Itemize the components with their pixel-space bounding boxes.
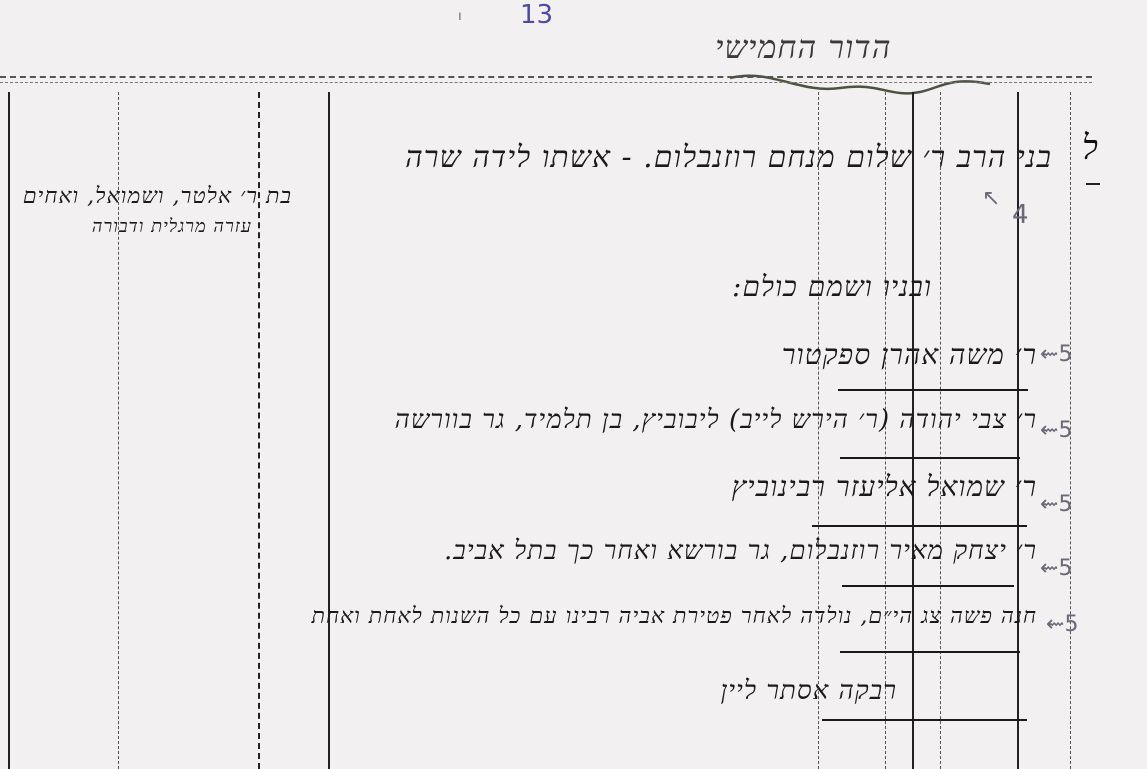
child-name: חנה פשה צג הי״ם, נולדה לאחר פטירת אביה ר…	[312, 603, 1037, 629]
entry-heading: בני הרב ר׳ שלום מנחם רוזנבלום. - אשתו לי…	[405, 140, 1052, 175]
scanned-ledger-page: ו 13 הדור החמישי ל 4 ↖ בני הרב ר׳ שלום מ…	[0, 0, 1147, 769]
page-number: 13	[520, 0, 553, 30]
child-underline	[822, 719, 1027, 721]
entry-heading-line3: עזרה מרגלית ודבורה	[92, 216, 252, 237]
arrow-icon: ↖	[982, 186, 1000, 211]
child-name: ר׳ יצחק מאיר רוזנבלום, גר בורשא ואחר כך …	[444, 536, 1037, 566]
row-label-underline	[1086, 183, 1100, 185]
page-corner-mark: ו	[458, 8, 462, 24]
child-marker: ⇜5	[1040, 492, 1072, 517]
child-underline	[838, 389, 1028, 391]
child-name: ר׳ משה אהרן ספקטור	[782, 338, 1037, 372]
entry-heading-line2: בת ר׳ אלטר, ושמואל, ואחים	[23, 183, 292, 209]
pencil-note: 4	[1012, 200, 1029, 230]
child-underline	[840, 651, 1020, 653]
child-underline	[812, 525, 1027, 527]
child-name: ר׳ צבי יהודה (ר׳ הירש לייב) ליבוביץ, בן …	[395, 405, 1037, 435]
child-underline	[840, 457, 1020, 459]
child-underline	[842, 585, 1014, 587]
child-name: רבקה אסתר ליין	[721, 676, 897, 706]
header-rule-2	[0, 82, 1092, 83]
page-title: הדור החמישי	[715, 28, 891, 66]
column-line	[328, 92, 330, 769]
child-marker: ⇜5	[1046, 612, 1078, 637]
column-line	[8, 92, 10, 769]
child-marker: ⇜5	[1040, 556, 1072, 581]
header-rule	[0, 76, 1092, 78]
entry-subheading: ובניו ושמם כולם:	[732, 270, 932, 304]
child-marker: ⇜5	[1040, 342, 1072, 367]
title-wavy-underline-icon	[730, 70, 1000, 100]
child-marker: ⇜5	[1040, 418, 1072, 443]
row-label: ל	[1082, 128, 1098, 168]
child-name: ר׳ שמואל אליעזר רבינוביץ	[732, 470, 1037, 504]
